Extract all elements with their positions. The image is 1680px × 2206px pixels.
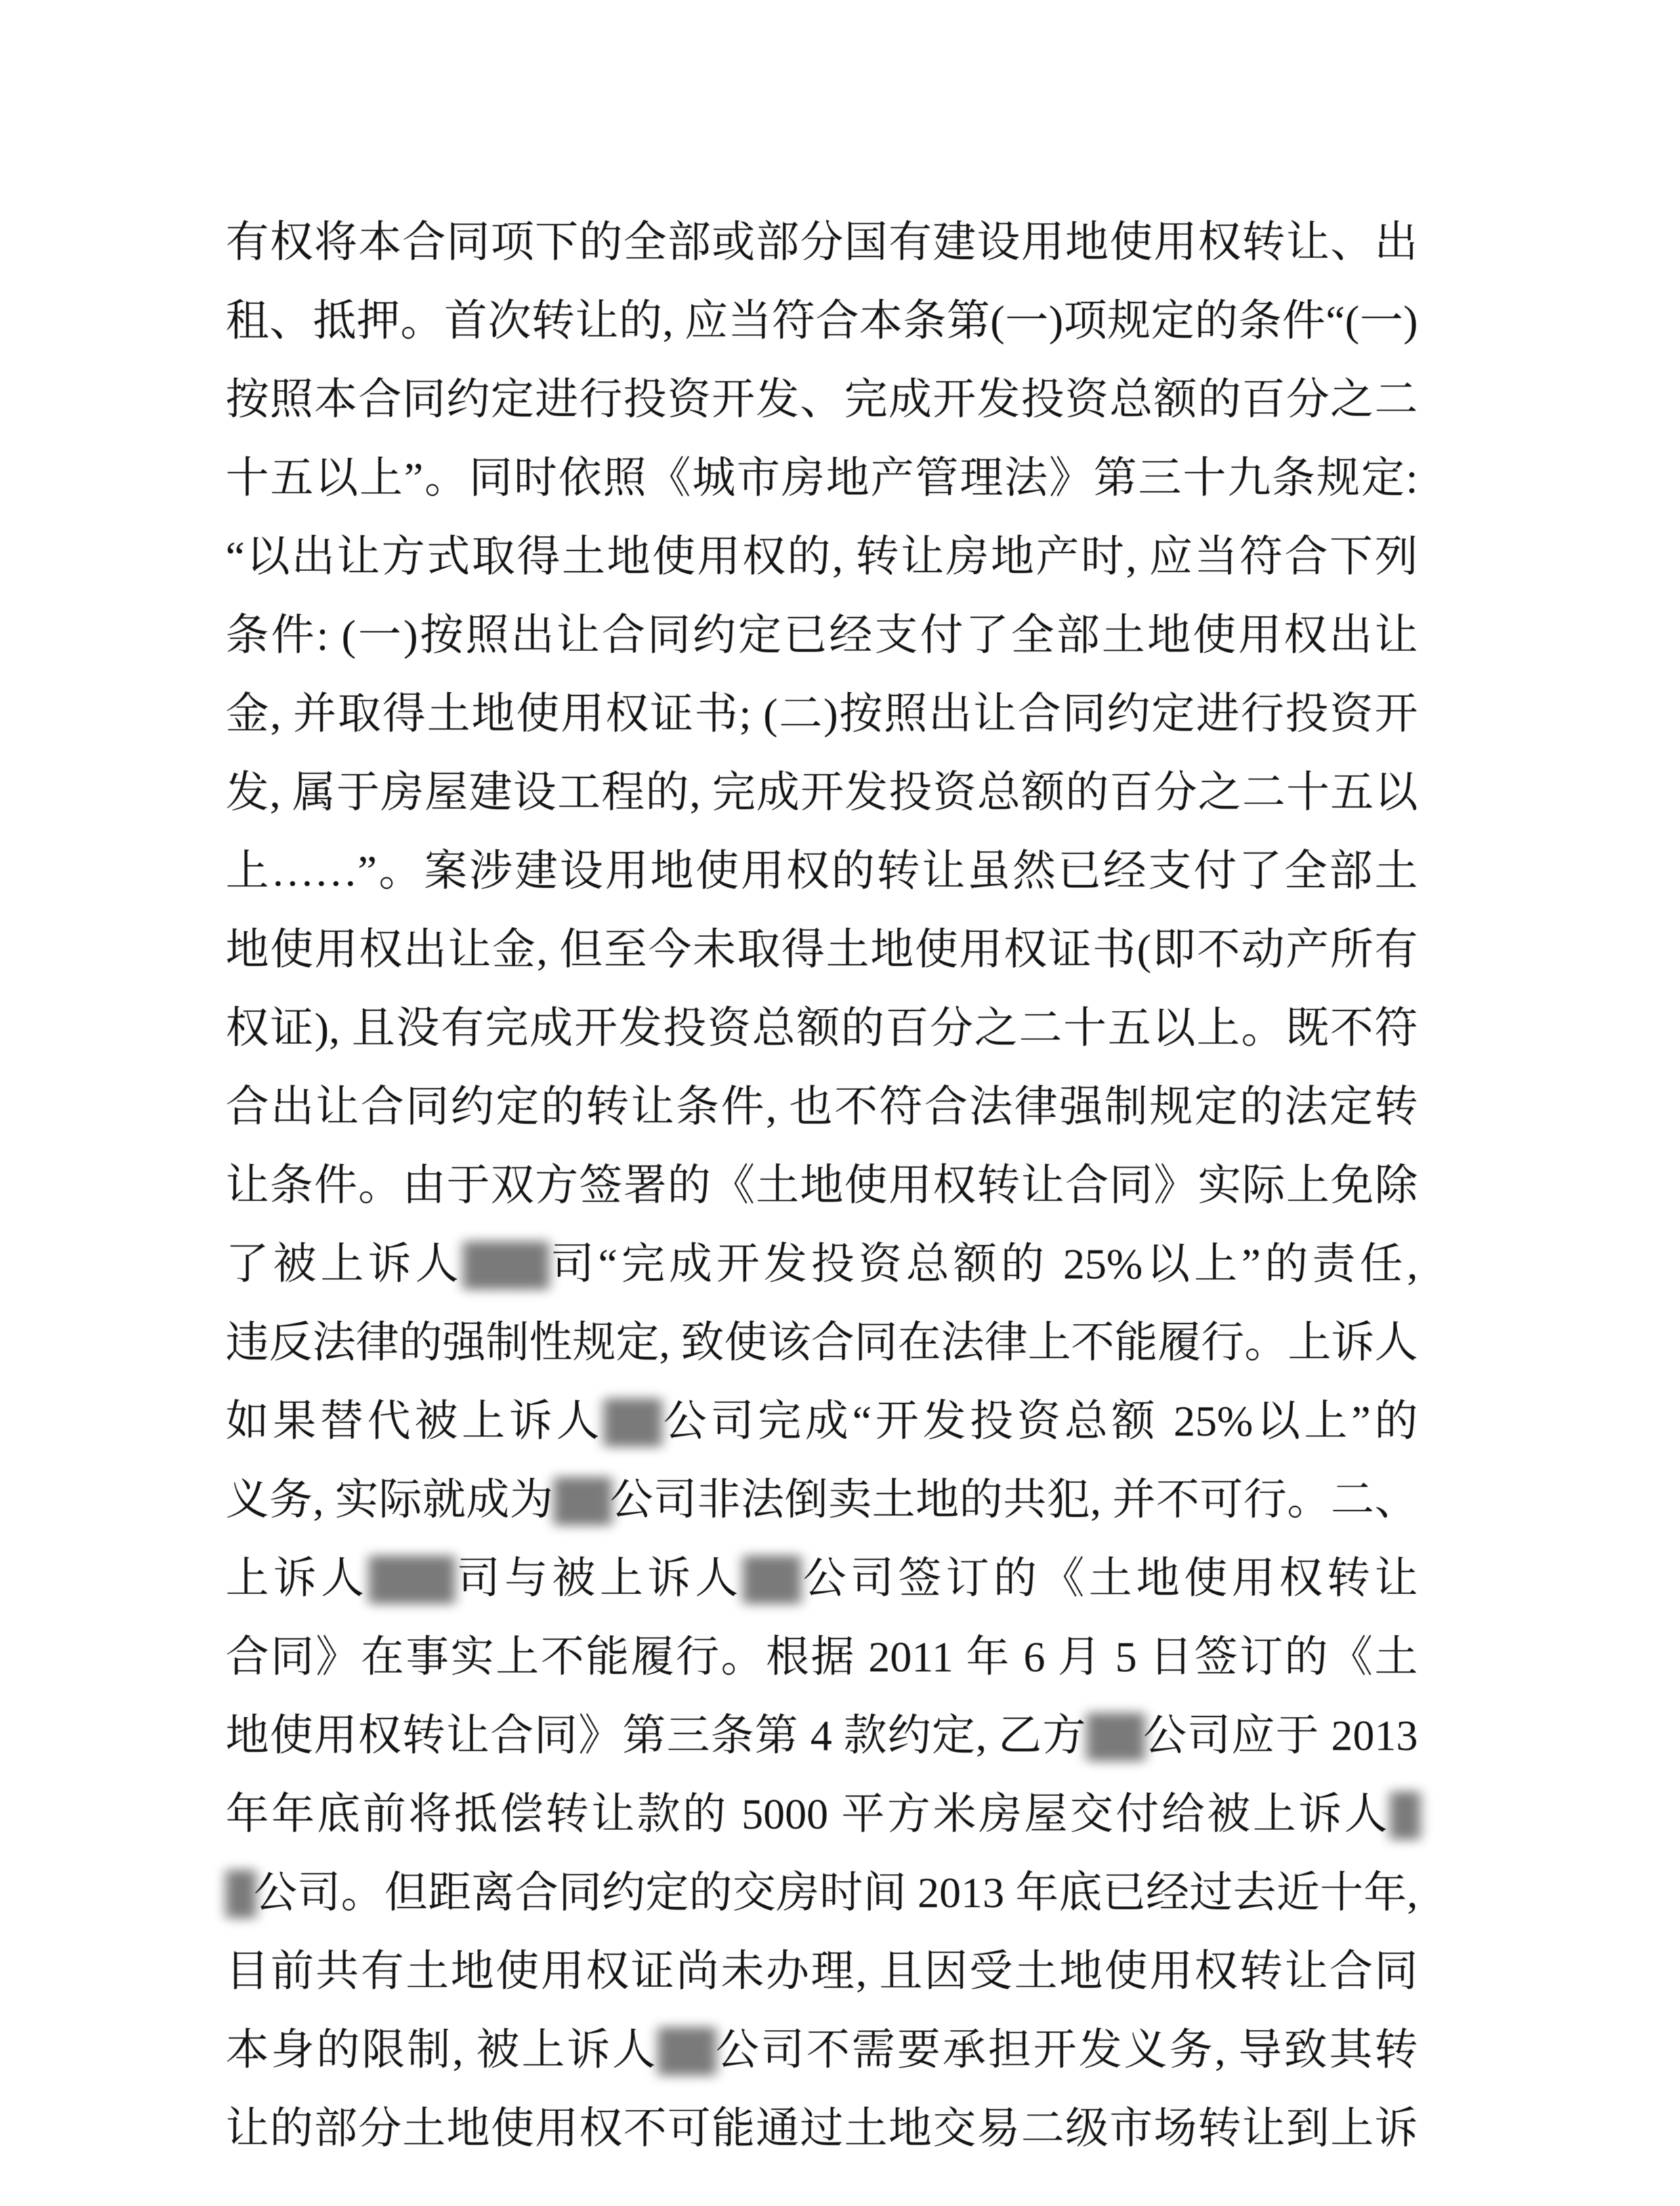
text-line: 发, 属于房屋建设工程的, 完成开发投资总额的百分之二十五以 [226, 753, 1418, 832]
text-segment: 公司完成“开发投资总额 25%以上”的 [660, 1397, 1419, 1445]
text-line: 权证), 且没有完成开发投资总额的百分之二十五以上。既不符 [226, 989, 1418, 1068]
text-line: 了被上诉人███司“完成开发投资总额的 25%以上”的责任, [226, 1225, 1418, 1304]
text-line: 地使用权转让合同》第三条第 4 款约定, 乙方██公司应于 2013 [226, 1697, 1418, 1775]
text-segment: 上诉人 [226, 1554, 369, 1602]
text-line: 让的部分土地使用权不可能通过土地交易二级市场转让到上诉 [226, 2089, 1418, 2168]
text-segment: 公司签订的《土地使用权转让 [799, 1554, 1418, 1602]
text-segment: 公司非法倒卖土地的共犯, 并不可行。二、 [610, 1476, 1418, 1524]
text-segment: 合出让合同约定的转让条件, 也不符合法律强制规定的法定转 [226, 1083, 1418, 1131]
text-line: █公司。但距离合同约定的交房时间 2013 年底已经过去近十年, [226, 1854, 1418, 1932]
text-segment: 权证), 且没有完成开发投资总额的百分之二十五以上。既不符 [226, 1004, 1418, 1052]
text-segment: 租、抵押。首次转让的, 应当符合本条第(一)项规定的条件“(一) [226, 297, 1418, 345]
text-line: 违反法律的强制性规定, 致使该合同在法律上不能履行。上诉人 [226, 1304, 1418, 1382]
text-segment: 让的部分土地使用权不可能通过土地交易二级市场转让到上诉 [226, 2104, 1418, 2152]
redacted-text: █ [226, 1857, 253, 1930]
text-segment: 有权将本合同项下的全部或部分国有建设用地使用权转让、出 [226, 218, 1418, 266]
text-line: 让条件。由于双方签署的《土地使用权转让合同》实际上免除 [226, 1146, 1418, 1225]
text-segment: 如果替代被上诉人 [226, 1397, 604, 1445]
text-segment: 条件: (一)按照出让合同约定已经支付了全部土地使用权出让 [226, 611, 1418, 659]
text-line: 租、抵押。首次转让的, 应当符合本条第(一)项规定的条件“(一) [226, 282, 1418, 360]
text-segment: 目前共有土地使用权证尚未办理, 且因受土地使用权转让合同 [226, 1947, 1418, 1995]
text-segment: 地使用权出让金, 但至今未取得土地使用权证书(即不动产所有 [226, 925, 1418, 974]
text-line: 义务, 实际就成为██公司非法倒卖土地的共犯, 并不可行。二、 [226, 1461, 1418, 1539]
text-line: 合同》在事实上不能履行。根据 2011 年 6 月 5 日签订的《土 [226, 1618, 1418, 1697]
text-line: 金, 并取得土地使用权证书; (二)按照出让合同约定进行投资开 [226, 675, 1418, 753]
text-segment: 地使用权转让合同》第三条第 4 款约定, 乙方 [226, 1711, 1087, 1760]
text-line: 目前共有土地使用权证尚未办理, 且因受土地使用权转让合同 [226, 1932, 1418, 2011]
text-line: 如果替代被上诉人██公司完成“开发投资总额 25%以上”的 [226, 1382, 1418, 1461]
text-segment: 义务, 实际就成为 [226, 1476, 553, 1524]
text-line: 年年底前将抵偿转让款的 5000 平方米房屋交付给被上诉人█ [226, 1775, 1418, 1854]
redacted-text: ██ [742, 1543, 799, 1615]
text-segment: 司与被上诉人 [453, 1554, 742, 1602]
text-segment: 上……”。案涉建设用地使用权的转让虽然已经支付了全部土 [226, 847, 1418, 895]
text-line: 地使用权出让金, 但至今未取得土地使用权证书(即不动产所有 [226, 911, 1418, 989]
text-segment: 十五以上”。同时依照《城市房地产管理法》第三十九条规定: [226, 454, 1418, 502]
document-text: 有权将本合同项下的全部或部分国有建设用地使用权转让、出租、抵押。首次转让的, 应… [226, 203, 1418, 2168]
text-segment: 公司不需要承担开发义务, 导致其转 [713, 2026, 1418, 2074]
redacted-text: ██ [604, 1386, 660, 1458]
text-segment: 公司。但距离合同约定的交房时间 2013 年底已经过去近十年, [253, 1869, 1418, 1917]
text-line: 按照本合同约定进行投资开发、完成开发投资总额的百分之二 [226, 360, 1418, 439]
text-segment: 公司应于 2013 [1142, 1711, 1418, 1760]
text-segment: 司“完成开发投资总额的 25%以上”的责任, [547, 1240, 1418, 1288]
document-page: 有权将本合同项下的全部或部分国有建设用地使用权转让、出租、抵押。首次转让的, 应… [0, 0, 1680, 2206]
text-segment: 发, 属于房屋建设工程的, 完成开发投资总额的百分之二十五以 [226, 768, 1418, 816]
text-segment: 按照本合同约定进行投资开发、完成开发投资总额的百分之二 [226, 375, 1418, 423]
text-segment: 金, 并取得土地使用权证书; (二)按照出让合同约定进行投资开 [226, 690, 1418, 738]
text-segment: 本身的限制, 被上诉人 [226, 2026, 658, 2074]
redacted-text: ██ [553, 1464, 610, 1537]
text-segment: 年年底前将抵偿转让款的 5000 平方米房屋交付给被上诉人 [226, 1790, 1390, 1838]
text-segment: 违反法律的强制性规定, 致使该合同在法律上不能履行。上诉人 [226, 1318, 1418, 1367]
text-segment: 了被上诉人 [226, 1240, 463, 1288]
redacted-text: ███ [369, 1543, 453, 1615]
redacted-text: ██ [1087, 1700, 1143, 1772]
text-line: “以出让方式取得土地使用权的, 转让房地产时, 应当符合下列 [226, 518, 1418, 596]
text-line: 上诉人███司与被上诉人██公司签订的《土地使用权转让 [226, 1539, 1418, 1618]
redacted-text: ███ [463, 1228, 547, 1301]
text-line: 十五以上”。同时依照《城市房地产管理法》第三十九条规定: [226, 439, 1418, 518]
text-segment: 合同》在事实上不能履行。根据 2011 年 6 月 5 日签订的《土 [226, 1633, 1418, 1681]
text-line: 上……”。案涉建设用地使用权的转让虽然已经支付了全部土 [226, 832, 1418, 911]
redacted-text: █ [1390, 1778, 1418, 1851]
text-line: 合出让合同约定的转让条件, 也不符合法律强制规定的法定转 [226, 1068, 1418, 1146]
text-segment: “以出让方式取得土地使用权的, 转让房地产时, 应当符合下列 [226, 533, 1418, 581]
text-segment: 让条件。由于双方签署的《土地使用权转让合同》实际上免除 [226, 1161, 1418, 1209]
text-line: 条件: (一)按照出让合同约定已经支付了全部土地使用权出让 [226, 596, 1418, 675]
text-line: 有权将本合同项下的全部或部分国有建设用地使用权转让、出 [226, 203, 1418, 282]
text-line: 本身的限制, 被上诉人██公司不需要承担开发义务, 导致其转 [226, 2011, 1418, 2089]
redacted-text: ██ [658, 2014, 714, 2087]
